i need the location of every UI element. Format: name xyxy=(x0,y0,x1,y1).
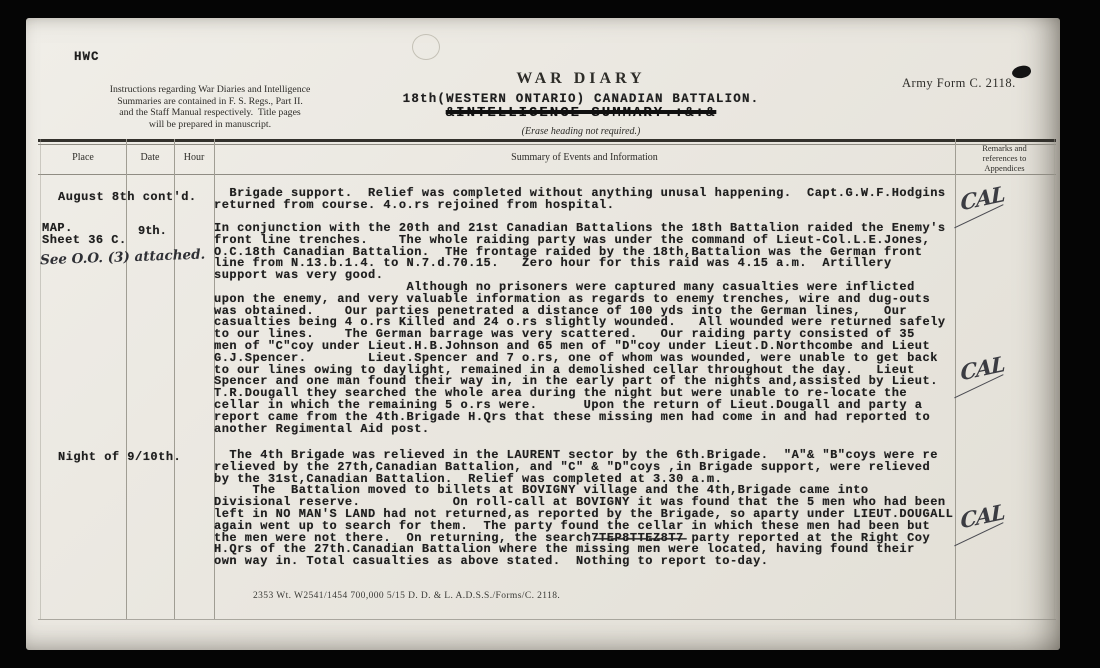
table-top-rule-thin xyxy=(38,144,1056,145)
table-top-rule xyxy=(38,139,1056,142)
col-header-date: Date xyxy=(126,152,174,163)
entry-2-date: 9th. xyxy=(138,224,167,238)
erase-note: (Erase heading not required.) xyxy=(356,126,806,137)
war-diary-title: WAR DIARY xyxy=(356,70,806,88)
unit-line: 18th(WESTERN ONTARIO) CANADIAN BATTALION… xyxy=(336,92,826,106)
entry-2-place: MAP. Sheet 36 C. xyxy=(42,223,127,247)
entry-3-place: Night of 9/10th. xyxy=(58,450,181,464)
form-footer: 2353 Wt. W2541/1454 700,000 5/15 D. D. &… xyxy=(253,591,560,601)
col-header-remarks: Remarks and references to Appendices xyxy=(955,143,1054,173)
column-line-right xyxy=(1054,139,1055,619)
remarks-initials-3: CAL xyxy=(960,496,1020,534)
remarks-initials-1: CAL xyxy=(960,178,1020,216)
col-header-place: Place xyxy=(40,152,126,163)
punch-hole xyxy=(412,34,440,60)
column-line-place-date xyxy=(126,139,127,619)
scanned-war-diary-page: HWC Instructions regarding War Diaries a… xyxy=(0,0,1100,668)
corner-initials: HWC xyxy=(74,50,100,64)
header-bottom-rule xyxy=(38,174,1056,175)
table-bottom-rule xyxy=(38,619,1056,620)
column-line-left xyxy=(40,139,41,619)
remarks-initials-2: CAL xyxy=(960,348,1020,386)
paper-sheet: HWC Instructions regarding War Diaries a… xyxy=(26,18,1060,650)
col-header-hour: Hour xyxy=(174,152,214,163)
entry-1-place: August 8th cont'd. xyxy=(58,190,197,204)
instructions-note: Instructions regarding War Diaries and I… xyxy=(62,84,358,130)
entry-1-text: Brigade support. Relief was completed wi… xyxy=(214,188,946,212)
army-form-number: Army Form C. 2118. xyxy=(902,76,1016,91)
struck-heading: &INTELLIGENCE SUMMARY.:&:& xyxy=(336,105,826,121)
entry-3-text: The 4th Brigade was relieved in the LAUR… xyxy=(214,450,953,568)
entry-2-text: In conjunction with the 20th and 21st Ca… xyxy=(214,223,946,435)
col-header-summary: Summary of Events and Information xyxy=(214,152,955,163)
column-line-date-hour xyxy=(174,139,175,619)
column-line-summary-remarks xyxy=(955,139,956,619)
entry-2-handwritten-note: See O.O. (3) attached. xyxy=(40,246,230,269)
